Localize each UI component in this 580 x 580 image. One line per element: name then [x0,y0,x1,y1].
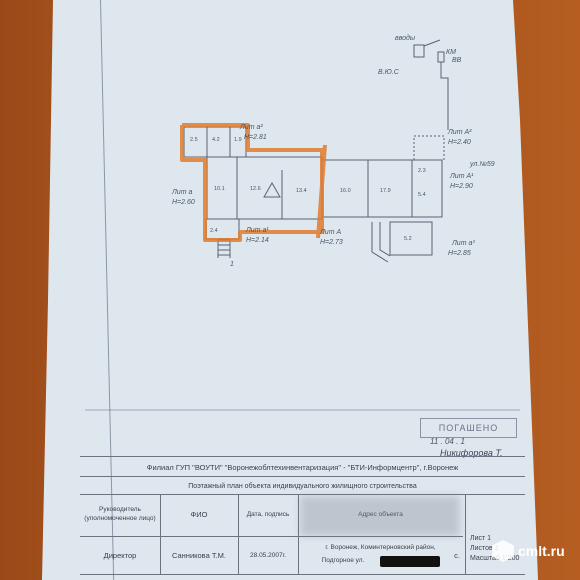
svg-text:В.Ю.С: В.Ю.С [378,69,400,76]
svg-text:H=2.60: H=2.60 [172,199,195,206]
svg-text:17.9: 17.9 [380,188,391,194]
room-area: 2.5 [190,137,198,143]
row-name: Санникова Т.М. [160,542,238,568]
svg-text:ул.№59: ул.№59 [469,161,495,168]
organization-name: Филиал ГУП "ВОУТИ" "Воронежоблтехинвента… [80,460,525,474]
plan-title: Поэтажный план объекта индивидуального ж… [80,480,525,492]
svg-text:10.1: 10.1 [214,186,225,192]
row-address-line1: г. Воронеж, Коминтерновский район, [298,540,463,554]
svg-text:H=2.81: H=2.81 [244,134,267,141]
entrance-label: 1 [230,261,234,268]
svg-text:12.6: 12.6 [250,186,261,192]
svg-text:H=2.73: H=2.73 [320,239,343,246]
row-date: 28.05.2007г. [238,542,298,568]
stamp-date: 11 . 04 . 1 [430,437,465,446]
watermark: cmlt.ru [492,540,565,562]
header-name: ФИО [160,498,238,530]
label-lit-A: Лит А [319,229,341,236]
row-role: Директор [80,542,160,568]
title-block: Филиал ГУП "ВОУТИ" "Воронежоблтехинвента… [80,456,525,580]
header-date: Дата, подпись [238,498,298,530]
label-lit-a2: Лит а² [239,124,263,131]
svg-text:H=2.85: H=2.85 [448,250,471,257]
svg-text:КМ: КМ [446,49,456,56]
svg-text:4.2: 4.2 [212,137,220,143]
label-lit-a: Лит а [171,189,192,196]
row-address-line2: Подгорное ул. [298,554,388,566]
label-lit-a3: Лит а³ [451,240,475,247]
label-lit-A2: Лит А² [447,129,472,136]
cancelled-stamp: ПОГАШЕНО [420,418,517,438]
svg-text:2.4: 2.4 [210,228,218,234]
redacted-address [380,556,440,567]
svg-text:16.0: 16.0 [340,188,351,194]
svg-text:5.2: 5.2 [404,236,412,242]
header-role: Руководитель (уполномоченное лицо) [80,498,160,530]
svg-text:H=2.40: H=2.40 [448,139,471,146]
cube-logo-icon [492,540,514,562]
svg-text:2.3: 2.3 [418,168,426,174]
svg-text:1.9: 1.9 [234,137,242,143]
label-lit-a1: Лит а¹ [245,227,269,234]
label-lit-A1: Лит А¹ [449,173,474,180]
svg-text:H=2.90: H=2.90 [450,183,473,190]
svg-text:ВВ: ВВ [452,57,462,64]
svg-text:H=2.14: H=2.14 [246,237,269,244]
svg-text:вводы: вводы [395,34,416,42]
svg-text:5.4: 5.4 [418,192,426,198]
svg-text:13.4: 13.4 [296,188,307,194]
